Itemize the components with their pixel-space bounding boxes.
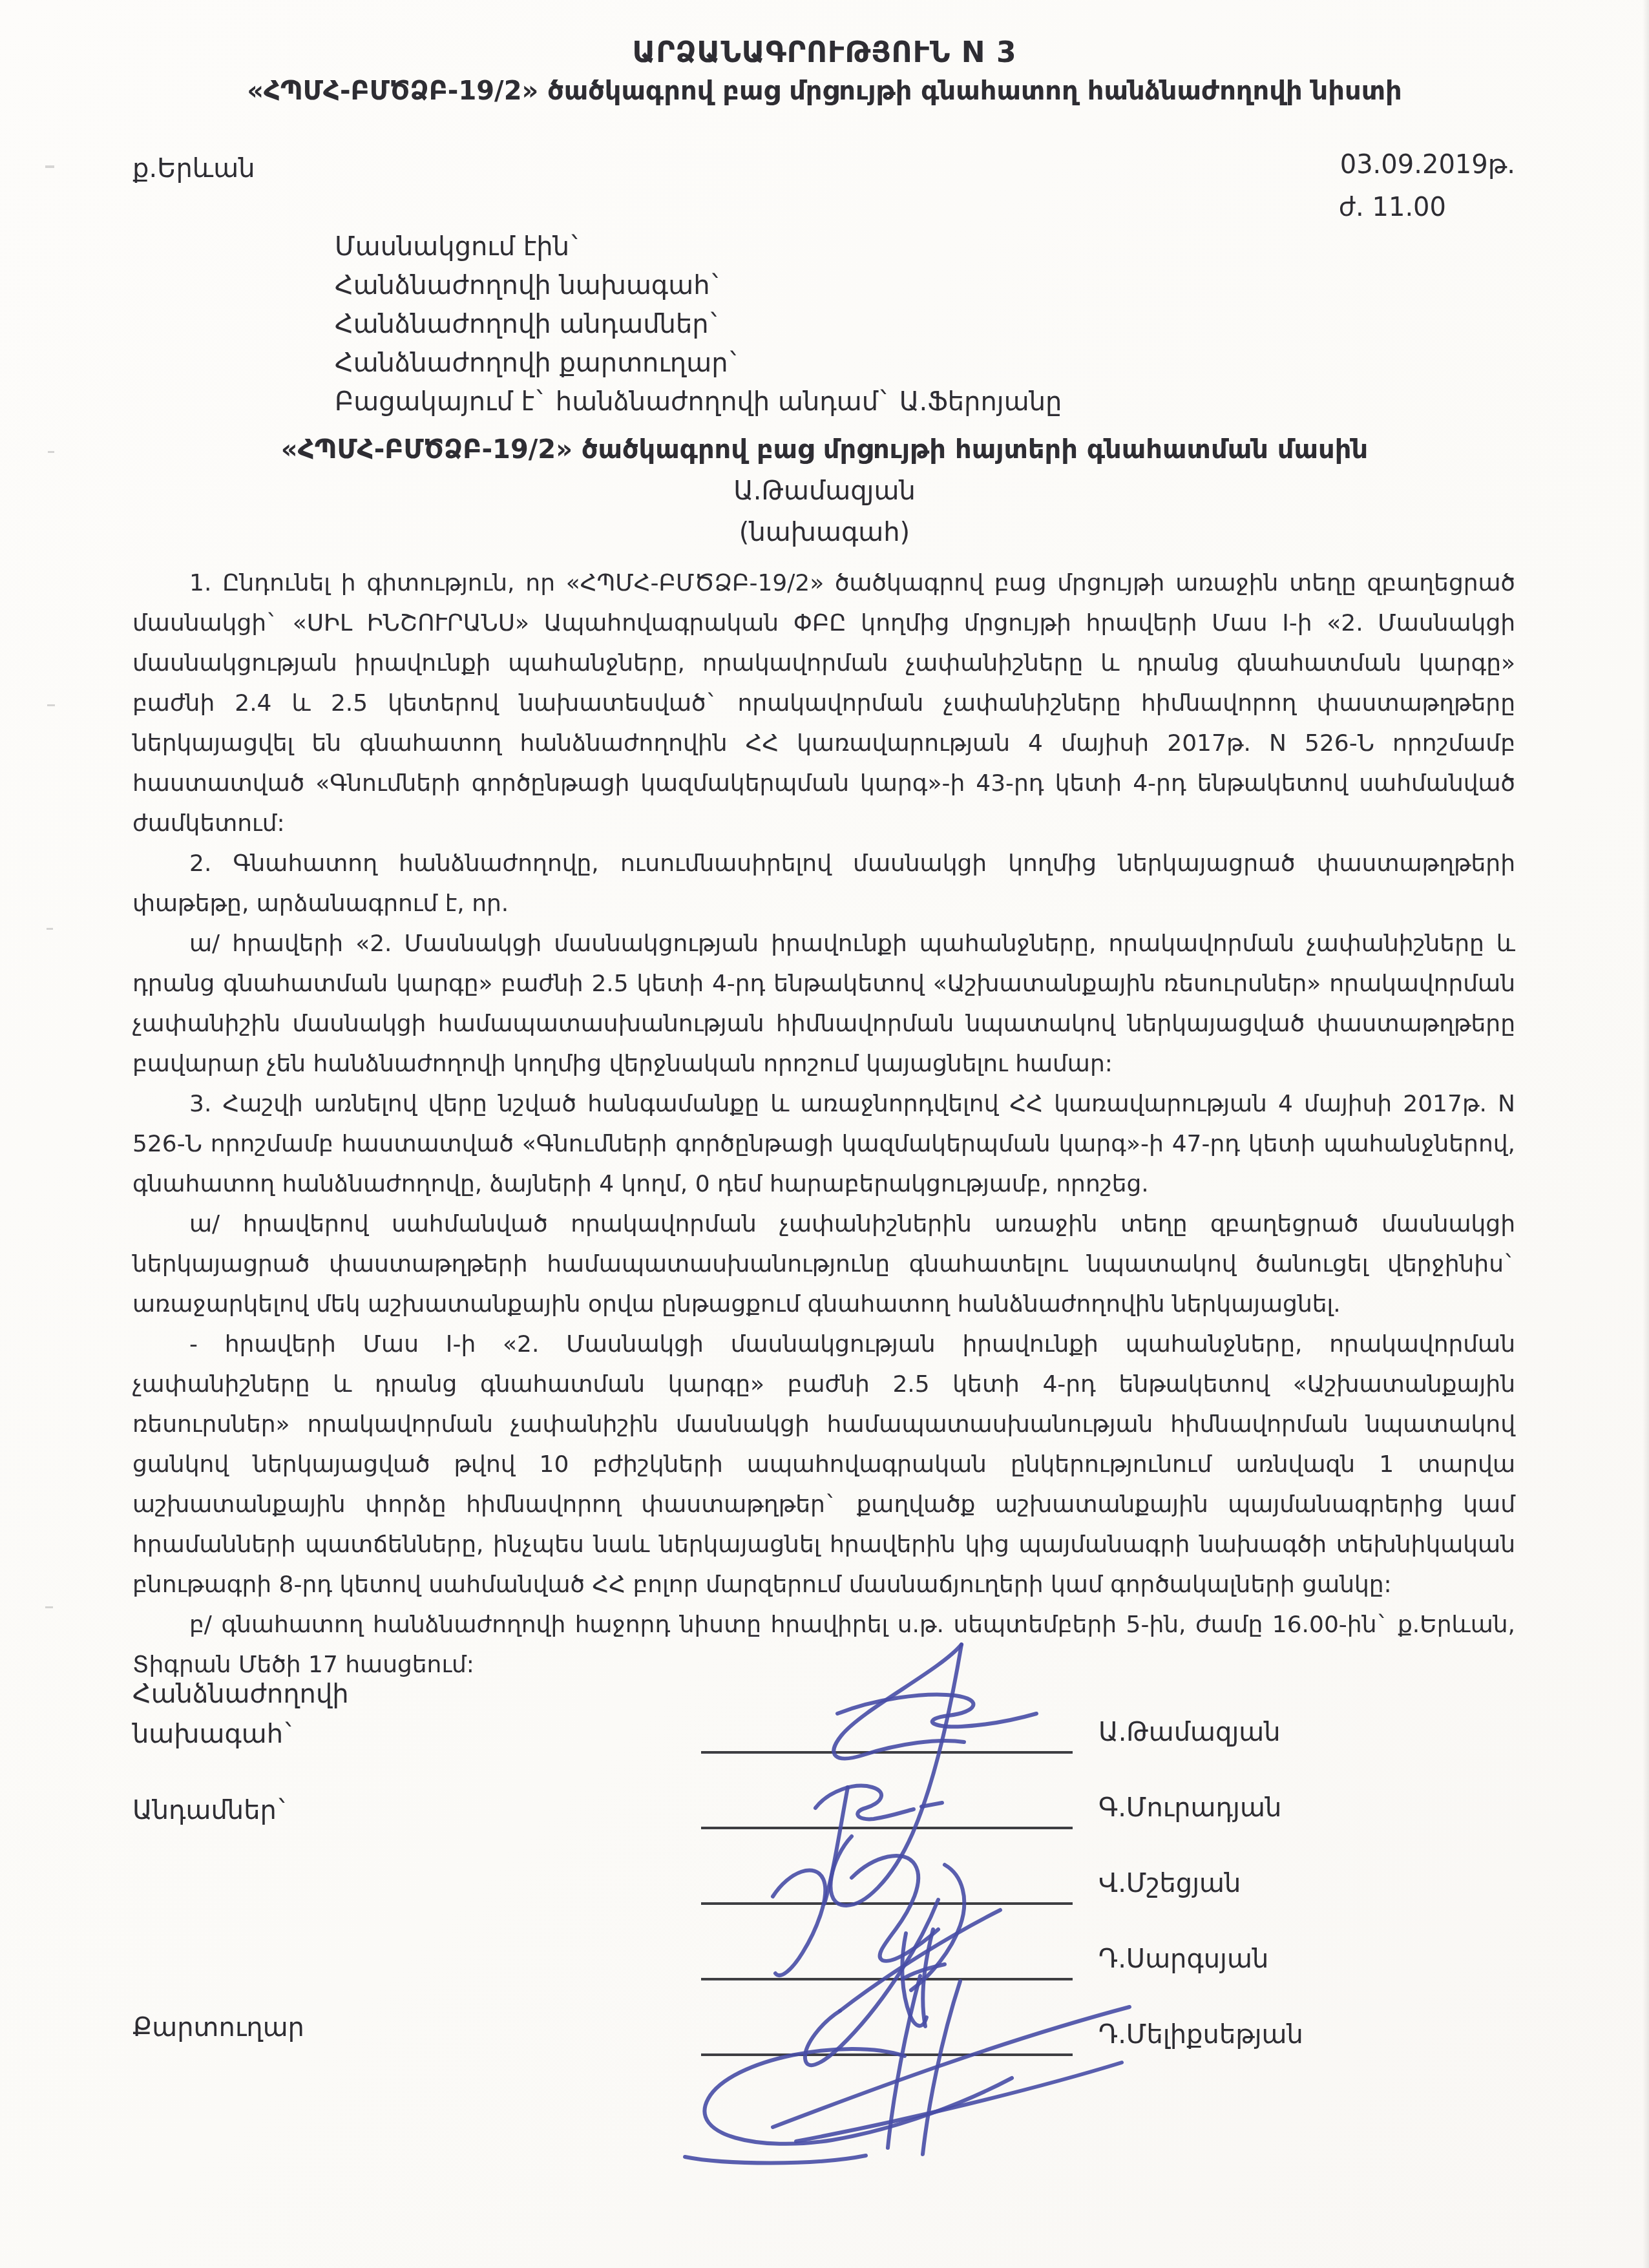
scan-artifact-tick <box>45 165 54 168</box>
scan-artifact-tick <box>47 704 55 706</box>
body-paragraph: ա/ հրավերի «2. Մասնակցի մասնակցության իր… <box>132 924 1515 1084</box>
city-label: ք.Երևան <box>132 154 255 184</box>
signature-line <box>701 1902 1073 1905</box>
body-paragraph: 3. Հաշվի առնելով վերը նշված հանգամանքը և… <box>132 1084 1515 1204</box>
signature-scribble-member-2 <box>773 1856 1000 2065</box>
document-title: ԱՐՁԱՆԱԳՐՈՒԹՅՈՒՆ N 3 <box>0 36 1649 69</box>
signer-name: Դ.Մելիքսեթյան <box>1098 2020 1303 2050</box>
signature-line <box>701 1978 1073 1980</box>
agenda-rapporteur-name: Ա.Թամազյան <box>0 470 1649 512</box>
signer-name: Գ.Մուրադյան <box>1098 1793 1281 1823</box>
signature-scribble-secretary <box>685 1976 1129 2163</box>
body-paragraph: 1. Ընդունել ի գիտություն, որ «ՀՊՄՀ-ԲՄԾՁԲ… <box>132 563 1515 844</box>
body-paragraph: ա/ հրավերով սահմանված որակավորման չափանի… <box>132 1204 1515 1325</box>
body-paragraph: 2. Գնահատող հանձնաժողովը, ուսումնասիրելո… <box>132 844 1515 924</box>
document-subtitle: «ՀՊՄՀ-ԲՄԾՁԲ-19/2» ծածկագրով բաց մրցույթի… <box>0 76 1649 106</box>
protocol-body: 1. Ընդունել ի գիտություն, որ «ՀՊՄՀ-ԲՄԾՁԲ… <box>132 563 1515 1685</box>
date-label: 03.09.2019թ. <box>1340 150 1515 180</box>
signature-label-secretary: Քարտուղար <box>132 2008 304 2047</box>
agenda-subject-block: «ՀՊՄՀ-ԲՄԾՁԲ-19/2» ծածկագրով բաց մրցույթի… <box>0 429 1649 553</box>
signer-name: Ա.Թամազյան <box>1098 1717 1281 1747</box>
signature-label-chair-line1: Հանձնաժողովի <box>132 1675 349 1714</box>
signature-label-members: Անդամներ` <box>132 1791 289 1830</box>
scan-artifact-tick <box>45 1606 53 1608</box>
signature-scribble-member-1 <box>815 1786 942 1904</box>
participants-absent: Բացակայում է` հանձնաժողովի անդամ` Ա.Ֆերո… <box>335 383 1062 421</box>
time-label: ժ. 11.00 <box>1339 193 1446 222</box>
body-paragraph: - հրավերի Մաս I-ի «2. Մասնակցի մասնակցու… <box>132 1325 1515 1605</box>
participants-block: Մասնակցում էին` Հանձնաժողովի նախագահ` Հա… <box>335 227 1062 421</box>
signature-label-chair-line2: նախագահ` <box>132 1715 296 1754</box>
signature-line <box>701 1751 1073 1754</box>
signature-line <box>701 2053 1073 2056</box>
signer-name: Դ.Սարգսյան <box>1098 1944 1268 1974</box>
body-paragraph: բ/ գնահատող հանձնաժողովի հաջորդ նիստը հր… <box>132 1605 1515 1685</box>
participants-role-secretary: Հանձնաժողովի քարտուղար` <box>335 344 1062 383</box>
participants-intro: Մասնակցում էին` <box>335 227 1062 266</box>
signature-line <box>701 1827 1073 1829</box>
scan-artifact-tick <box>47 928 53 930</box>
signer-name: Վ.Մշեցյան <box>1098 1869 1241 1898</box>
participants-role-chair: Հանձնաժողովի նախագահ` <box>335 266 1062 305</box>
scanned-protocol-page: ԱՐՁԱՆԱԳՐՈՒԹՅՈՒՆ N 3 «ՀՊՄՀ-ԲՄԾՁԲ-19/2» ծա… <box>0 0 1649 2268</box>
agenda-subject-title: «ՀՊՄՀ-ԲՄԾՁԲ-19/2» ծածկագրով բաց մրցույթի… <box>0 429 1649 470</box>
participants-role-members: Հանձնաժողովի անդամներ` <box>335 305 1062 344</box>
agenda-rapporteur-role: (նախագահ) <box>0 512 1649 553</box>
